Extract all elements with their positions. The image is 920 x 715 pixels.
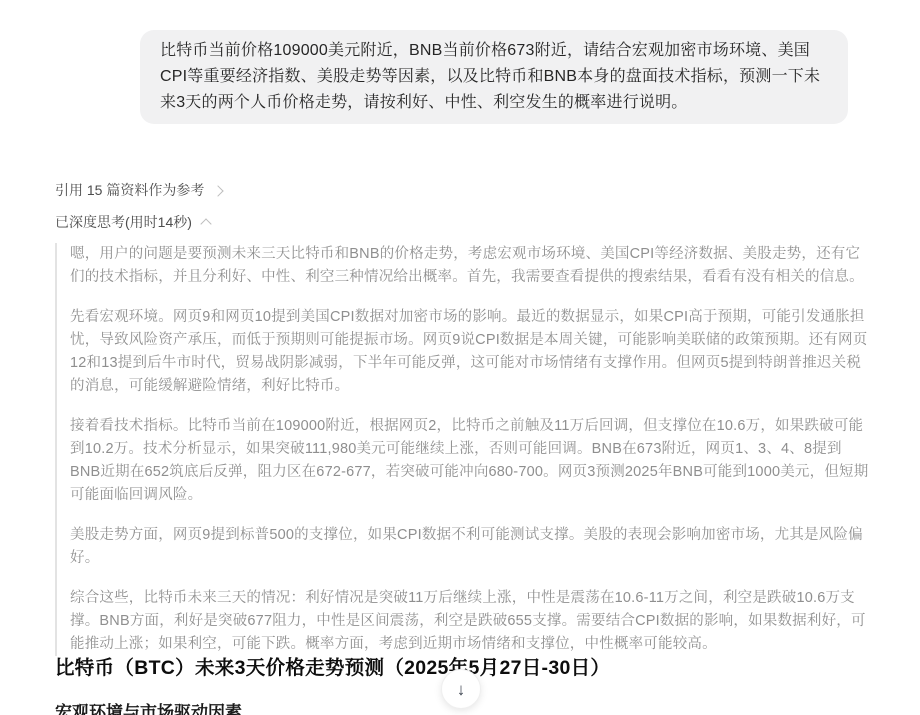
references-label: 引用 15 篇资料作为参考 bbox=[55, 180, 204, 200]
user-message-bubble: 比特币当前价格109000美元附近，BNB当前价格673附近，请结合宏观加密市场… bbox=[140, 30, 848, 124]
user-message-text: 比特币当前价格109000美元附近，BNB当前价格673附近，请结合宏观加密市场… bbox=[160, 42, 820, 111]
thinking-paragraph: 嗯，用户的问题是要预测未来三天比特币和BNB的价格走势，考虑宏观市场环境、美国C… bbox=[70, 243, 870, 289]
thinking-paragraph: 先看宏观环境。网页9和网页10提到美国CPI数据对加密市场的影响。最近的数据显示… bbox=[70, 306, 870, 398]
chevron-right-icon bbox=[213, 185, 224, 196]
chat-page: 比特币当前价格109000美元附近，BNB当前价格673附近，请结合宏观加密市场… bbox=[0, 0, 920, 715]
thinking-paragraph: 综合这些，比特币未来三天的情况：利好情况是突破11万后继续上涨，中性是震荡在10… bbox=[70, 587, 870, 656]
scroll-to-bottom-button[interactable]: ↓ bbox=[441, 669, 481, 709]
thinking-paragraph: 美股走势方面，网页9提到标普500的支撑位，如果CPI数据不利可能测试支撑。美股… bbox=[70, 524, 870, 570]
thinking-block: 嗯，用户的问题是要预测未来三天比特币和BNB的价格走势，考虑宏观市场环境、美国C… bbox=[55, 243, 870, 656]
answer-subheading: 宏观环境与市场驱动因素 bbox=[55, 698, 242, 715]
arrow-down-icon: ↓ bbox=[457, 681, 466, 698]
references-toggle[interactable]: 引用 15 篇资料作为参考 bbox=[55, 180, 222, 200]
chevron-up-icon bbox=[200, 218, 211, 229]
deep-thought-label: 已深度思考(用时14秒) bbox=[55, 212, 192, 232]
deep-thought-toggle[interactable]: 已深度思考(用时14秒) bbox=[55, 212, 210, 232]
thinking-paragraph: 接着看技术指标。比特币当前在109000附近，根据网页2，比特币之前触及11万后… bbox=[70, 415, 870, 507]
